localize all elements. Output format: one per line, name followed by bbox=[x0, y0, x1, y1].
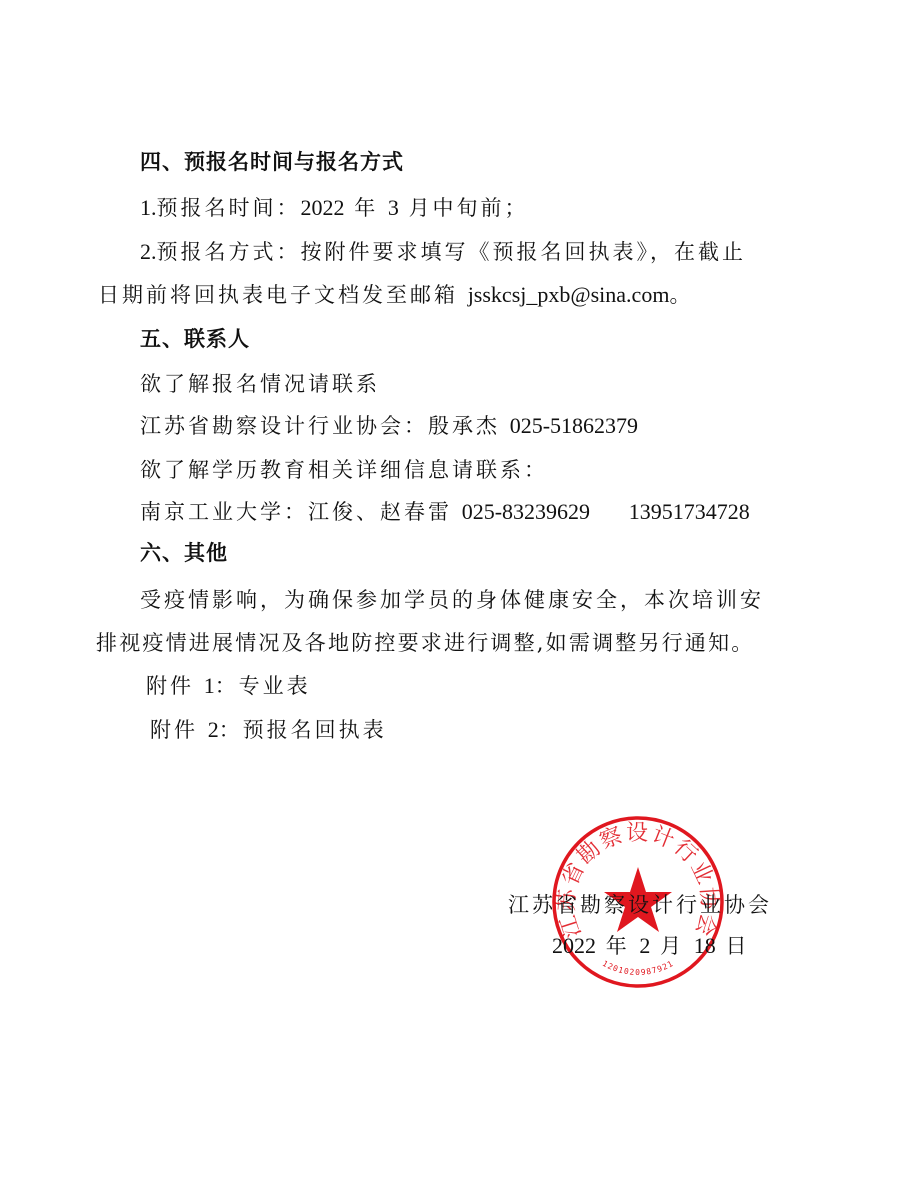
date-year: 2022 bbox=[552, 933, 596, 958]
contact-education-intro-line: 欲了解学历教育相关详细信息请联系： bbox=[140, 456, 548, 484]
method-cont-text: 日期前将回执表电子文档发至邮箱 bbox=[98, 283, 458, 307]
registration-method-cont-line: 日期前将回执表电子文档发至邮箱 jsskcsj_pxb@sina.com。 bbox=[98, 281, 693, 309]
date-day: 18 bbox=[694, 933, 716, 958]
other-paragraph-line-2: 排视疫情进展情况及各地防控要求进行调整,如需调整另行通知。 bbox=[96, 629, 754, 657]
contact-university-line: 南京工业大学：江俊、赵春雷 025-83239629 13951734728 bbox=[140, 498, 750, 526]
signature-organization: 江苏省勘察设计行业协会 bbox=[508, 891, 772, 919]
email-address: jsskcsj_pxb@sina.com bbox=[468, 282, 670, 307]
year-unit: 年 bbox=[354, 196, 378, 220]
other-paragraph-line-1: 受疫情影响，为确保参加学员的身体健康安全，本次培训安 bbox=[140, 586, 764, 614]
attachment-number: 2 bbox=[208, 717, 219, 742]
registration-method-line: 2.预报名方式：按附件要求填写《预报名回执表》，在截止 bbox=[140, 238, 746, 266]
month-value: 3 bbox=[388, 195, 399, 220]
registration-time-line: 1.预报名时间：2022 年 3 月中旬前； bbox=[140, 194, 529, 222]
svg-text:江苏省勘察设计行业协会: 江苏省勘察设计行业协会 bbox=[554, 821, 721, 941]
contact-university-name: 南京工业大学：江俊、赵春雷 bbox=[140, 500, 452, 524]
signature-date: 2022 年 2 月 18 日 bbox=[552, 932, 749, 960]
attachment-2: 附件 2：预报名回执表 bbox=[150, 716, 387, 744]
contact-intro-line: 欲了解报名情况请联系 bbox=[140, 370, 380, 398]
date-day-unit: 日 bbox=[725, 934, 749, 958]
attachment-label: 附件 bbox=[146, 674, 194, 698]
date-month-unit: 月 bbox=[660, 934, 684, 958]
contact-university-phone: 025-83239629 bbox=[462, 499, 590, 524]
document-page: 四、预报名时间与报名方式 1.预报名时间：2022 年 3 月中旬前； 2.预报… bbox=[0, 0, 900, 1204]
section-heading-registration: 四、预报名时间与报名方式 bbox=[140, 148, 404, 176]
attachment-number: 1 bbox=[204, 673, 215, 698]
item-number: 1. bbox=[140, 195, 157, 220]
contact-association-line: 江苏省勘察设计行业协会：殷承杰 025-51862379 bbox=[140, 412, 638, 440]
attachment-title: ：专业表 bbox=[215, 674, 311, 698]
date-year-unit: 年 bbox=[606, 934, 630, 958]
year-value: 2022 bbox=[301, 195, 345, 220]
svg-text:1201020987921: 1201020987921 bbox=[601, 959, 675, 977]
seal-text: 江苏省勘察设计行业协会 bbox=[554, 821, 721, 941]
attachment-label: 附件 bbox=[150, 718, 198, 742]
contact-association-phone: 025-51862379 bbox=[510, 413, 638, 438]
item-label: 预报名时间： bbox=[157, 196, 301, 220]
item-number: 2. bbox=[140, 239, 157, 264]
date-month: 2 bbox=[639, 933, 650, 958]
attachment-1: 附件 1：专业表 bbox=[146, 672, 311, 700]
method-text: 预报名方式：按附件要求填写《预报名回执表》，在截止 bbox=[157, 240, 747, 264]
attachment-title: ：预报名回执表 bbox=[219, 718, 387, 742]
period: 。 bbox=[669, 283, 693, 307]
seal-code: 1201020987921 bbox=[601, 959, 675, 977]
section-heading-other: 六、其他 bbox=[140, 539, 228, 567]
contact-university-mobile: 13951734728 bbox=[629, 499, 750, 524]
month-rest: 月中旬前； bbox=[409, 196, 529, 220]
section-heading-contacts: 五、联系人 bbox=[140, 325, 250, 353]
contact-association-name: 江苏省勘察设计行业协会：殷承杰 bbox=[140, 414, 500, 438]
